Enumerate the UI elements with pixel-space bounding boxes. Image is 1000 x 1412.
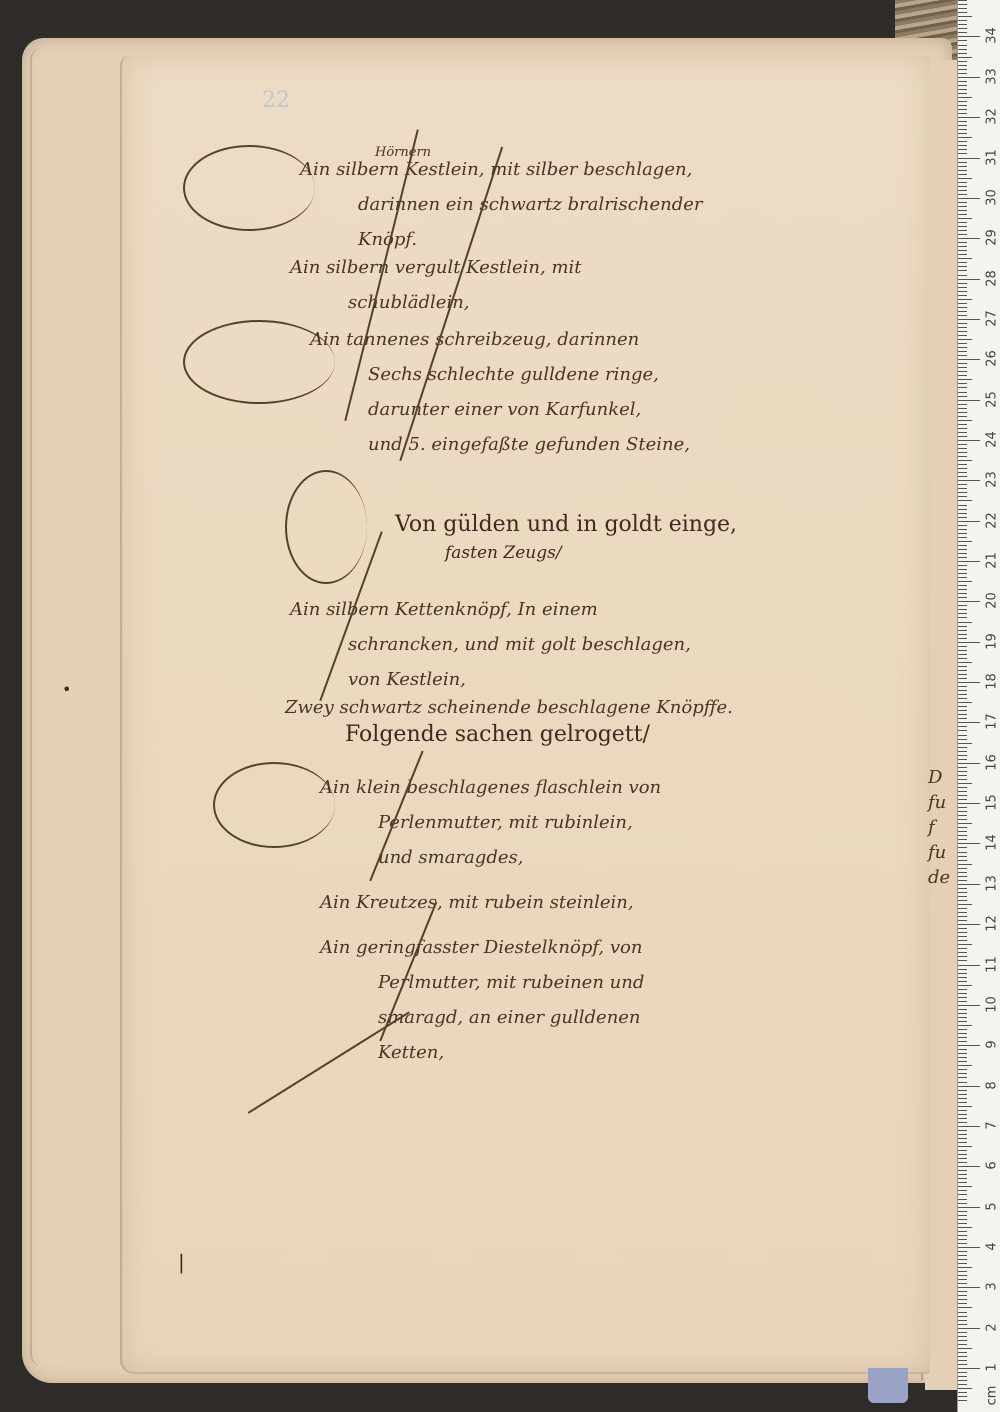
ruler-tick <box>958 674 967 675</box>
ruler-tick <box>958 287 967 288</box>
ruler-tick <box>958 1392 967 1393</box>
ruler-tick <box>958 20 967 21</box>
margin-mark: • <box>62 680 71 699</box>
ruler-tick <box>958 359 980 360</box>
ruler-label: 29 <box>985 228 1000 248</box>
ruler-tick <box>958 1199 967 1200</box>
ruler-tick <box>958 254 967 255</box>
ruler-tick <box>958 1041 967 1042</box>
ruler-tick <box>958 581 972 582</box>
ruler-tick <box>958 339 972 340</box>
ruler-label: 23 <box>985 470 1000 490</box>
ruler-tick <box>958 1376 967 1377</box>
ruler-tick <box>958 109 967 110</box>
ruler-tick <box>958 202 967 203</box>
ruler-tick <box>958 170 967 171</box>
ruler-label: 25 <box>985 389 1000 409</box>
ruler-tick <box>958 1126 980 1127</box>
ruler-tick <box>958 1316 967 1317</box>
ruler-tick <box>958 650 967 651</box>
ruler-tick <box>958 537 967 538</box>
ruler-tick <box>958 404 967 405</box>
ruler-tick <box>958 186 967 187</box>
ruler-tick <box>958 1332 967 1333</box>
ruler-tick <box>958 928 967 929</box>
ruler-label: 28 <box>985 268 1000 288</box>
ruler-tick <box>958 605 967 606</box>
ruler-tick <box>958 246 967 247</box>
entry-6: Ain klein beschlagenes flaschlein von Pe… <box>320 770 661 875</box>
section-heading-1: Von gülden und in goldt einge, fasten Ze… <box>395 512 737 563</box>
ruler-tick <box>958 1009 967 1010</box>
ruler-tick <box>958 16 972 17</box>
ruler-tick <box>958 1162 967 1163</box>
ruler-tick <box>958 839 967 840</box>
ruler-tick <box>958 747 967 748</box>
ruler-label: 20 <box>985 591 1000 611</box>
ruler-tick <box>958 206 967 207</box>
ruler-tick <box>958 743 972 744</box>
ruler-tick <box>958 932 967 933</box>
paper-tab <box>868 1368 908 1403</box>
ruler-tick <box>958 303 967 304</box>
ruler-label: 24 <box>985 429 1000 449</box>
ruler-tick <box>958 129 967 130</box>
ruler-tick <box>958 714 967 715</box>
ruler-tick <box>958 1053 967 1054</box>
ruler-tick <box>958 686 967 687</box>
ruler-tick <box>958 311 967 312</box>
ruler-tick <box>958 315 967 316</box>
ruler-tick <box>958 1356 967 1357</box>
ruler-tick <box>958 698 967 699</box>
ruler-tick <box>958 117 980 118</box>
ruler-tick <box>958 1077 967 1078</box>
ruler-label: 5 <box>985 1196 1000 1216</box>
ruler-unit-label: cm <box>985 1386 1000 1406</box>
ruler-tick <box>958 1057 967 1058</box>
ruler-tick <box>958 190 967 191</box>
ruler-tick <box>958 751 967 752</box>
ruler-tick <box>958 363 967 364</box>
ruler-tick <box>958 416 967 417</box>
ruler-tick <box>958 1114 967 1115</box>
ruler-tick <box>958 1094 967 1095</box>
ruler-tick <box>958 545 967 546</box>
ruler-tick <box>958 823 972 824</box>
ruler-tick <box>958 533 967 534</box>
ruler-tick <box>958 218 972 219</box>
ruler-tick <box>958 496 967 497</box>
ruler-label: 26 <box>985 349 1000 369</box>
ruler-tick <box>958 275 967 276</box>
ruler-tick <box>958 997 967 998</box>
ruler-tick <box>958 1098 967 1099</box>
ruler-tick <box>958 912 967 913</box>
ruler-tick <box>958 331 967 332</box>
ruler-label: 6 <box>985 1156 1000 1176</box>
ruler-tick <box>958 908 967 909</box>
ruler-tick <box>958 1025 972 1026</box>
ruler-tick <box>958 759 967 760</box>
ruler-tick <box>958 1219 967 1220</box>
ruler-label: 7 <box>985 1115 1000 1135</box>
ruler-tick <box>958 1364 967 1365</box>
ruler-label: 30 <box>985 187 1000 207</box>
ruler-tick <box>958 888 967 889</box>
ruler-tick <box>958 1271 967 1272</box>
ruler-tick <box>958 864 972 865</box>
ruler-tick <box>958 158 980 159</box>
ruler-tick <box>958 1344 967 1345</box>
ruler-tick <box>958 460 972 461</box>
ruler-tick <box>958 763 980 764</box>
ruler-tick <box>958 45 967 46</box>
ruler-tick <box>958 500 972 501</box>
ruler-tick <box>958 12 967 13</box>
ruler-tick <box>958 367 967 368</box>
ruler-tick <box>958 230 967 231</box>
ruler-tick <box>958 799 967 800</box>
ruler-tick <box>958 1243 967 1244</box>
ruler-tick <box>958 795 967 796</box>
ruler-tick <box>958 65 967 66</box>
ruler-tick <box>958 892 967 893</box>
ruler-tick <box>958 113 967 114</box>
ruler-tick <box>958 133 967 134</box>
ruler-tick <box>958 1182 967 1183</box>
brace-heading-1 <box>285 470 367 584</box>
ruler-tick <box>958 690 967 691</box>
ruler-tick <box>958 509 967 510</box>
ruler-tick <box>958 1130 967 1131</box>
ruler-tick <box>958 771 967 772</box>
ruler-tick <box>958 299 972 300</box>
ruler-tick <box>958 436 967 437</box>
ruler-tick <box>958 1312 967 1313</box>
ruler-tick <box>958 1146 972 1147</box>
ruler-tick <box>958 1207 980 1208</box>
ruler-label: 27 <box>985 308 1000 328</box>
ruler-tick <box>958 4 967 5</box>
ruler-tick <box>958 24 967 25</box>
ruler-tick <box>958 480 980 481</box>
ruler-tick <box>958 860 967 861</box>
ruler-tick <box>958 1194 967 1195</box>
ruler-tick <box>958 149 967 150</box>
ruler-tick <box>958 1166 980 1167</box>
ruler-tick <box>958 569 967 570</box>
ruler-tick <box>958 182 967 183</box>
ruler-tick <box>958 250 967 251</box>
ruler-tick <box>958 735 967 736</box>
ruler-tick <box>958 1352 967 1353</box>
ruler-tick <box>958 137 972 138</box>
ruler-tick <box>958 1372 967 1373</box>
ruler-tick <box>958 343 967 344</box>
ruler-label: 33 <box>985 66 1000 86</box>
ruler-label: 22 <box>985 510 1000 530</box>
ruler-tick <box>958 210 967 211</box>
ruler-tick <box>958 1021 967 1022</box>
ruler-tick <box>958 194 967 195</box>
ruler-tick <box>958 1037 967 1038</box>
ruler-tick <box>958 222 967 223</box>
ruler-tick <box>958 327 967 328</box>
ruler-tick <box>958 69 967 70</box>
ruler-tick <box>958 28 967 29</box>
ruler-tick <box>958 872 967 873</box>
ruler-label: 14 <box>985 833 1000 853</box>
ruler-tick <box>958 1082 967 1083</box>
ruler-tick <box>958 101 967 102</box>
ruler-tick <box>958 847 967 848</box>
ruler-tick <box>958 178 972 179</box>
ruler-tick <box>958 916 967 917</box>
ruler-label: 32 <box>985 107 1000 127</box>
ruler-tick <box>958 626 967 627</box>
ruler-tick <box>958 214 967 215</box>
ruler-tick <box>958 718 967 719</box>
ruler-tick <box>958 609 967 610</box>
ruler-tick <box>958 1384 967 1385</box>
ruler-tick <box>958 521 980 522</box>
ruler-tick <box>958 956 967 957</box>
ruler-tick <box>958 710 967 711</box>
ruler-tick <box>958 815 967 816</box>
ruler-tick <box>958 1065 972 1066</box>
ruler-tick <box>958 262 967 263</box>
ruler-tick <box>958 529 967 530</box>
ruler-tick <box>958 722 980 723</box>
ruler-tick <box>958 597 967 598</box>
ruler-tick <box>958 1138 967 1139</box>
ruler-tick <box>958 1170 967 1171</box>
ruler-tick <box>958 589 967 590</box>
ruler-tick <box>958 787 967 788</box>
ruler-tick <box>958 335 967 336</box>
ruler-tick <box>958 613 967 614</box>
ruler-tick <box>958 755 967 756</box>
ruler-tick <box>958 1368 980 1369</box>
ruler-tick <box>958 541 972 542</box>
ruler-tick <box>958 1029 967 1030</box>
ruler-tick <box>958 1227 972 1228</box>
ruler-tick <box>958 351 967 352</box>
ruler-tick <box>958 868 967 869</box>
ruler-tick <box>958 977 967 978</box>
ruler-tick <box>958 1291 967 1292</box>
ruler-tick <box>958 666 967 667</box>
ruler-tick <box>958 428 967 429</box>
ruler-label: 10 <box>985 994 1000 1014</box>
ruler-tick <box>958 1388 972 1389</box>
ruler-tick <box>958 904 972 905</box>
ruler-tick <box>958 622 972 623</box>
ruler-tick <box>958 553 967 554</box>
ruler-tick <box>958 767 967 768</box>
ruler-tick <box>958 258 972 259</box>
ruler-tick <box>958 1174 967 1175</box>
ruler-tick <box>958 1340 967 1341</box>
ruler-tick <box>958 1069 967 1070</box>
ruler-tick <box>958 93 967 94</box>
ruler-tick <box>958 1324 967 1325</box>
ruler-tick <box>958 1307 972 1308</box>
ruler-tick <box>958 295 967 296</box>
ruler-tick <box>958 973 967 974</box>
ruler-tick <box>958 81 967 82</box>
ruler-tick <box>958 97 972 98</box>
ruler-tick <box>958 484 967 485</box>
ruler-tick <box>958 0 967 1</box>
ruler-tick <box>958 948 967 949</box>
ruler-tick <box>958 1073 967 1074</box>
ruler-tick <box>958 730 967 731</box>
ruler-tick <box>958 936 967 937</box>
scale-ruler: cm 1234567891011121314151617181920212223… <box>957 0 1000 1412</box>
ruler-tick <box>958 279 980 280</box>
ruler-tick <box>958 807 967 808</box>
ruler-tick <box>958 424 967 425</box>
ruler-tick <box>958 492 967 493</box>
ruler-tick <box>958 920 967 921</box>
ruler-tick <box>958 49 967 50</box>
ruler-label: 12 <box>985 914 1000 934</box>
ruler-label: 21 <box>985 551 1000 571</box>
ruler-tick <box>958 1360 967 1361</box>
ruler-tick <box>958 1106 972 1107</box>
ruler-tick <box>958 593 967 594</box>
ruler-tick <box>958 900 967 901</box>
ruler-tick <box>958 420 972 421</box>
ruler-label: 3 <box>985 1277 1000 1297</box>
ruler-tick <box>958 1223 967 1224</box>
ruler-tick <box>958 658 967 659</box>
ruler-tick <box>958 783 972 784</box>
ruler-label: 31 <box>985 147 1000 167</box>
ruler-tick <box>958 601 980 602</box>
ruler-tick <box>958 831 967 832</box>
ruler-tick <box>958 1275 967 1276</box>
ruler-tick <box>958 1118 967 1119</box>
ruler-tick <box>958 557 967 558</box>
ruler-tick <box>958 1178 967 1179</box>
ruler-tick <box>958 856 967 857</box>
ruler-tick <box>958 464 967 465</box>
brace-entry-1 <box>183 145 315 231</box>
ruler-tick <box>958 488 967 489</box>
ruler-tick <box>958 1001 967 1002</box>
ruler-tick <box>958 85 967 86</box>
ruler-tick <box>958 472 967 473</box>
ruler-tick <box>958 432 967 433</box>
ruler-tick <box>958 32 967 33</box>
ruler-tick <box>958 573 967 574</box>
ruler-tick <box>958 1142 967 1143</box>
ruler-tick <box>958 706 967 707</box>
ruler-label: 34 <box>985 26 1000 46</box>
ruler-tick <box>958 270 967 271</box>
brace-entry-6 <box>213 762 335 848</box>
ruler-label: 2 <box>985 1317 1000 1337</box>
ruler-tick <box>958 617 967 618</box>
ruler-tick <box>958 630 967 631</box>
ruler-tick <box>958 162 967 163</box>
ruler-tick <box>958 468 967 469</box>
ruler-tick <box>958 993 967 994</box>
ruler-tick <box>958 121 967 122</box>
ruler-tick <box>958 1017 967 1018</box>
ruler-tick <box>958 726 967 727</box>
ruler-tick <box>958 694 967 695</box>
ruler-tick <box>958 739 967 740</box>
ruler-tick <box>958 1150 967 1151</box>
ruler-tick <box>958 347 967 348</box>
ruler-tick <box>958 642 980 643</box>
ruler-tick <box>958 678 967 679</box>
ruler-label: 19 <box>985 631 1000 651</box>
ruler-label: 11 <box>985 954 1000 974</box>
ruler-tick <box>958 392 967 393</box>
ruler-tick <box>958 819 967 820</box>
ruler-tick <box>958 884 980 885</box>
ruler-tick <box>958 1336 967 1337</box>
ruler-tick <box>958 36 980 37</box>
facing-page-text: D fu f fu de <box>928 765 950 890</box>
ruler-tick <box>958 1090 967 1091</box>
ruler-tick <box>958 396 967 397</box>
ruler-tick <box>958 843 980 844</box>
ruler-label: 13 <box>985 873 1000 893</box>
entry-2: Ain silbern vergult Kestlein, mit schubl… <box>290 250 582 320</box>
ruler-tick <box>958 1255 967 1256</box>
ruler-tick <box>958 577 967 578</box>
ruler-tick <box>958 145 967 146</box>
ruler-tick <box>958 379 972 380</box>
ruler-tick <box>958 1283 967 1284</box>
ruler-tick <box>958 1013 967 1014</box>
ruler-tick <box>958 985 972 986</box>
ruler-tick <box>958 141 967 142</box>
ruler-tick <box>958 1400 967 1401</box>
ruler-tick <box>958 1045 980 1046</box>
ruler-tick <box>958 791 967 792</box>
ruler-tick <box>958 444 967 445</box>
ruler-tick <box>958 803 980 804</box>
folio-number: 22 <box>262 88 290 113</box>
ruler-tick <box>958 456 967 457</box>
ruler-tick <box>958 234 967 235</box>
ruler-tick <box>958 811 967 812</box>
ruler-tick <box>958 53 967 54</box>
ruler-tick <box>958 960 967 961</box>
ruler-tick <box>958 174 967 175</box>
ruler-tick <box>958 452 967 453</box>
ruler-tick <box>958 1380 967 1381</box>
ruler-tick <box>958 549 967 550</box>
ruler-tick <box>958 387 967 388</box>
entry-5: Zwey schwartz scheinende beschlagene Knö… <box>285 690 733 725</box>
ruler-tick <box>958 662 972 663</box>
ruler-tick <box>958 924 980 925</box>
ruler-tick <box>958 371 967 372</box>
ruler-tick <box>958 944 972 945</box>
ruler-tick <box>958 585 967 586</box>
ruler-tick <box>958 408 967 409</box>
ruler-label: 4 <box>985 1236 1000 1256</box>
ruler-label: 1 <box>985 1358 1000 1378</box>
